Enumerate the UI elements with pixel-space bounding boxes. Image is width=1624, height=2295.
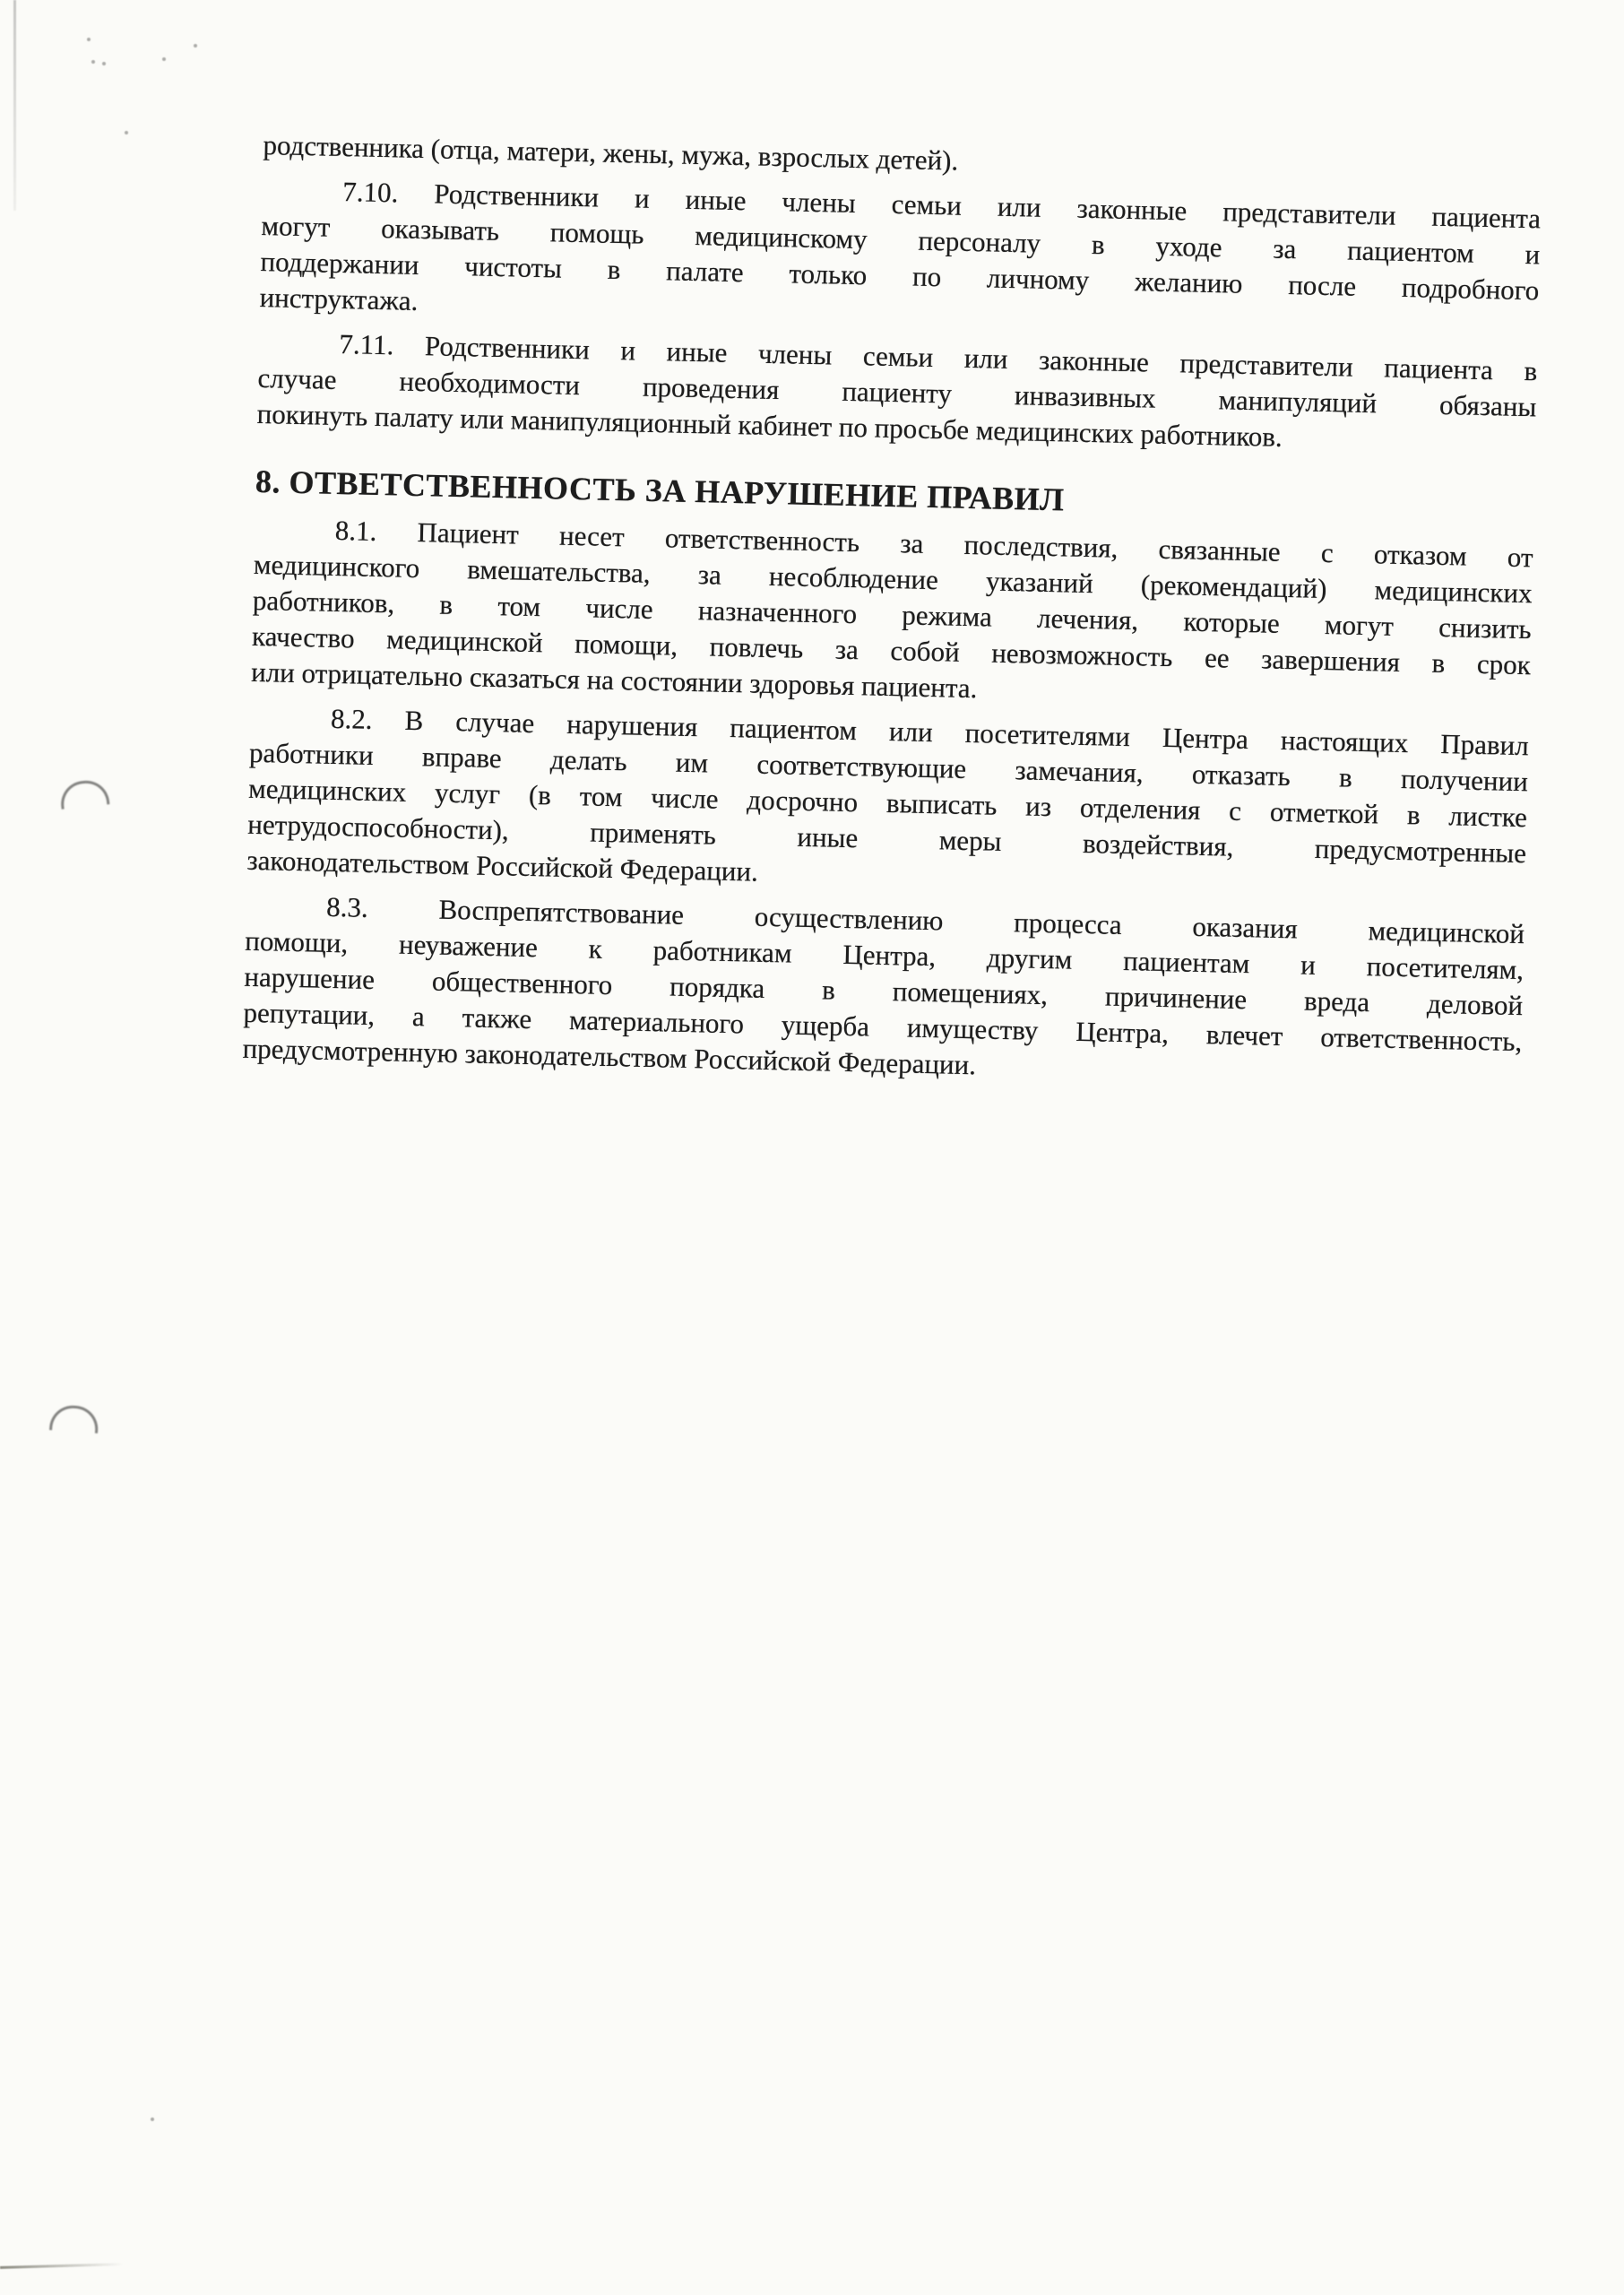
- scan-speck: [102, 62, 106, 65]
- scan-edge-line: [13, 0, 16, 211]
- scan-speck: [194, 44, 197, 48]
- scanned-document-page: родственника (отца, матери, жены, мужа, …: [0, 0, 1624, 2295]
- scan-streak-bottom-left: [0, 2263, 124, 2269]
- paragraph-8-1: 8.1. Пациент несет ответственность за по…: [251, 511, 1533, 719]
- paragraph-7-10: 7.10. Родственники и иные члены семьи ил…: [259, 172, 1541, 344]
- scan-speck: [162, 57, 166, 61]
- paragraph-8-3: 8.3. Воспрепятствование осуществлению пр…: [242, 888, 1525, 1096]
- paragraph-7-11: 7.11. Родственники и иные члены семьи ил…: [256, 325, 1537, 461]
- text-block: родственника (отца, матери, жены, мужа, …: [242, 127, 1542, 1096]
- scan-speck: [125, 131, 128, 134]
- scan-speck: [87, 38, 91, 41]
- scan-speck: [151, 2117, 154, 2121]
- paragraph-8-2: 8.2. В случае нарушения пациентом или по…: [246, 699, 1529, 907]
- hole-punch-mark-bottom: [49, 1404, 99, 1433]
- scan-speck: [91, 60, 95, 64]
- hole-punch-mark-top: [59, 778, 110, 809]
